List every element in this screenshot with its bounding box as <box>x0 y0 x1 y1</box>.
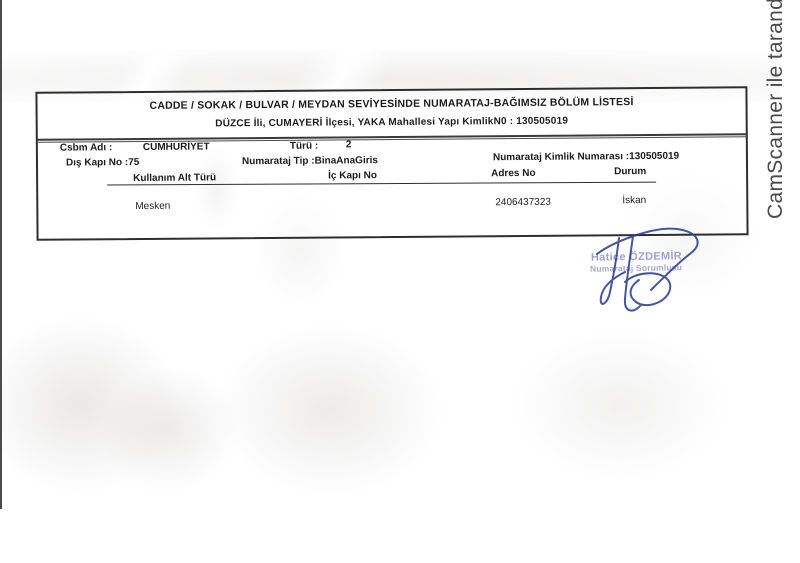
dis-kapi-no: Dış Kapı No :75 <box>66 157 139 169</box>
numarataj-document: CADDE / SOKAK / BULVAR / MEYDAN SEVİYESİ… <box>35 86 748 241</box>
row-durum: İskan <box>622 195 646 206</box>
camscanner-watermark: CamScanner ile tarandı <box>764 7 790 219</box>
document-subtitle: DÜZCE İli, CUMAYERİ İlçesi, YAKA Mahalle… <box>38 114 746 131</box>
numarataj-tip: Numarataj Tip :BinaAnaGiris <box>242 155 378 167</box>
column-header-kullanim: Kullanım Alt Türü <box>133 172 216 184</box>
turu-label: Türü : <box>290 141 318 152</box>
scan-artifact <box>470 300 770 510</box>
scan-artifact <box>170 290 490 530</box>
csbm-value: CUMHURİYET <box>143 141 210 153</box>
signature-block: Hatice ÖZDEMİR Numarataj Sorumlusu <box>575 222 735 322</box>
scan-artifact <box>32 298 307 561</box>
document-header: CADDE / SOKAK / BULVAR / MEYDAN SEVİYESİ… <box>37 88 745 139</box>
scanned-page: CADDE / SOKAK / BULVAR / MEYDAN SEVİYESİ… <box>0 0 800 563</box>
column-header-ic-kapi: İç Kapı No <box>328 170 377 181</box>
signature-ink <box>575 222 725 322</box>
scan-artifact <box>0 280 220 530</box>
document-title: CADDE / SOKAK / BULVAR / MEYDAN SEVİYESİ… <box>37 95 745 113</box>
scanner-edge-shadow <box>0 0 2 509</box>
kimlik-numarasi: Numarataj Kimlik Numarası :130505019 <box>493 151 679 163</box>
row-adres-no: 2406437323 <box>495 197 551 208</box>
csbm-label: Csbm Adı : <box>60 142 113 153</box>
column-header-adres: Adres No <box>491 168 536 179</box>
row-kullanim-alt-turu: Mesken <box>135 201 170 212</box>
turu-value: 2 <box>346 139 352 150</box>
column-header-durum: Durum <box>614 166 646 177</box>
